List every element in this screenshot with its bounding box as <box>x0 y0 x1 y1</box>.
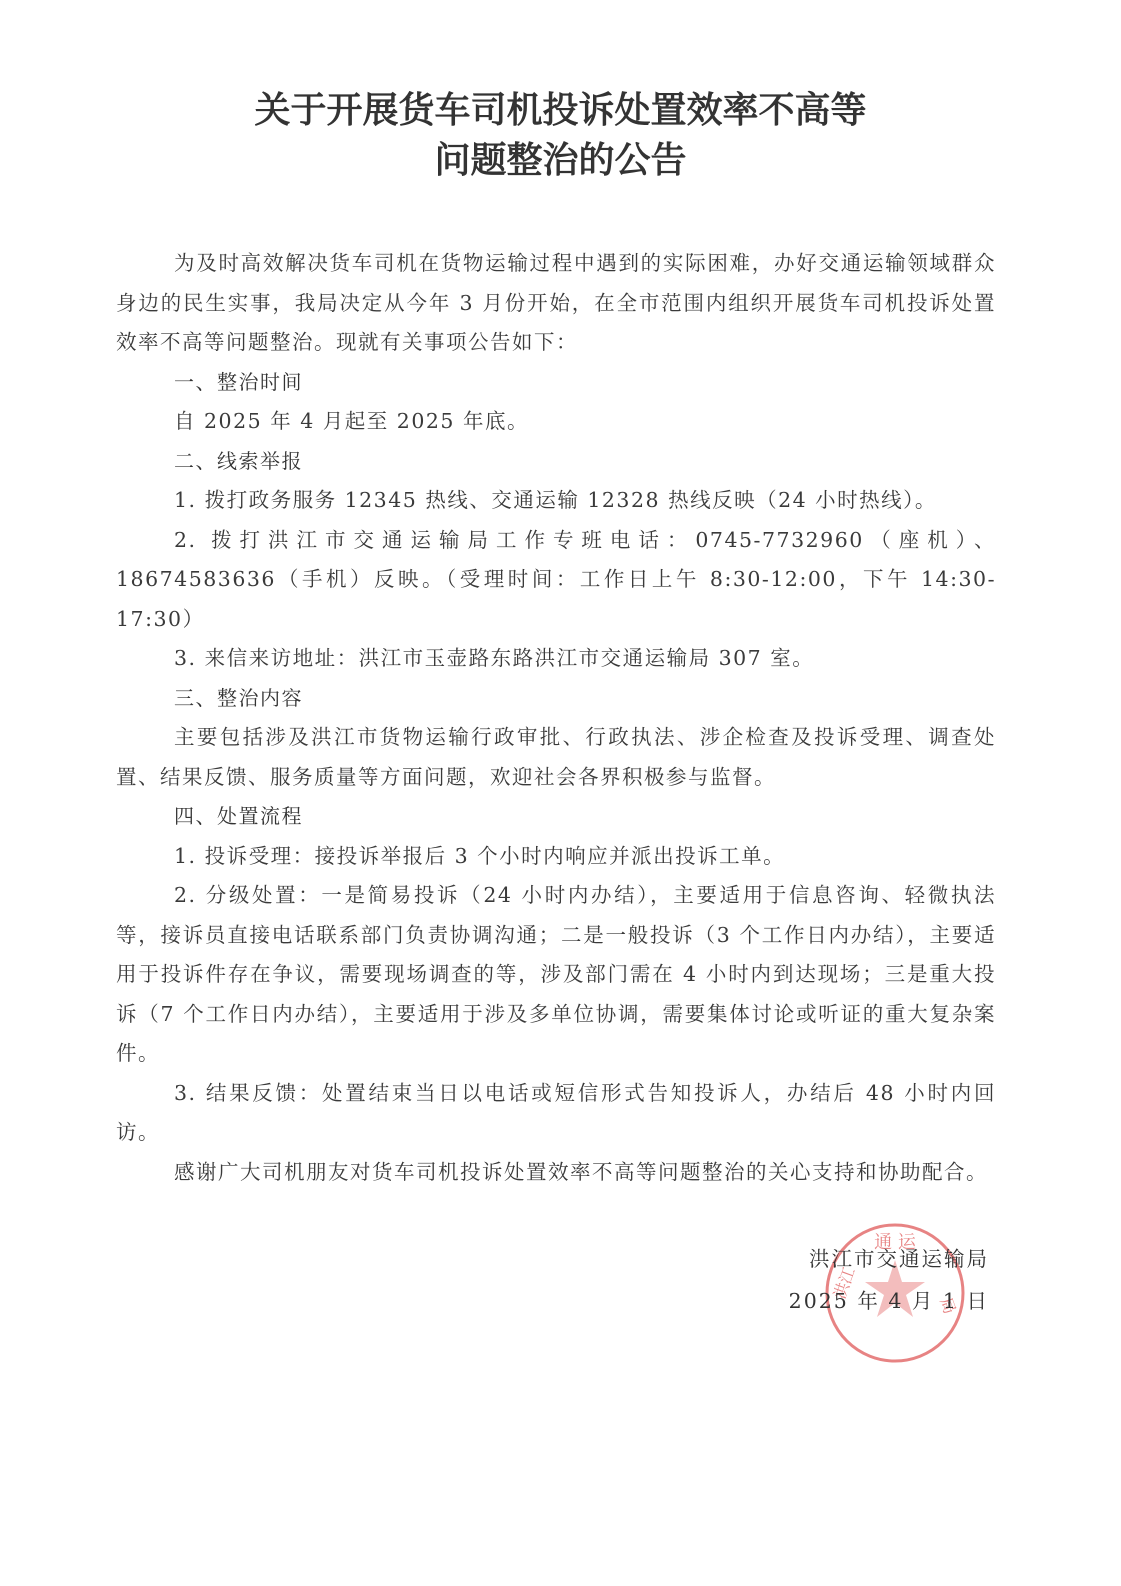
section-paragraph: 1. 拨打政务服务 12345 热线、交通运输 12328 热线反映（24 小时… <box>116 481 996 521</box>
closing-paragraph: 感谢广大司机朋友对货车司机投诉处置效率不高等问题整治的关心支持和协助配合。 <box>116 1153 996 1193</box>
section-paragraph: 2. 分级处置：一是简易投诉（24 小时内办结），主要适用于信息咨询、轻微执法等… <box>116 876 996 1074</box>
document-title-line-2: 问题整治的公告 <box>0 142 1121 178</box>
section-paragraph: 2. 拨打洪江市交通运输局工作专班电话：0745-7732960（座机）、186… <box>116 521 996 640</box>
section-heading-content: 三、整治内容 <box>116 679 996 719</box>
signature-organization: 洪江市交通运输局 <box>809 1242 989 1272</box>
section-paragraph: 3. 来信来访地址：洪江市玉壶路东路洪江市交通运输局 307 室。 <box>116 639 996 679</box>
document-page: 关于开展货车司机投诉处置效率不高等 问题整治的公告 为及时高效解决货车司机在货物… <box>0 0 1121 1586</box>
section-paragraph: 3. 结果反馈：处置结束当日以电话或短信形式告知投诉人，办结后 48 小时内回访… <box>116 1074 996 1153</box>
section-paragraph: 主要包括涉及洪江市货物运输行政审批、行政执法、涉企检查及投诉受理、调查处置、结果… <box>116 718 996 797</box>
section-paragraph: 自 2025 年 4 月起至 2025 年底。 <box>116 402 996 442</box>
section-heading-process: 四、处置流程 <box>116 797 996 837</box>
intro-paragraph: 为及时高效解决货车司机在货物运输过程中遇到的实际困难，办好交通运输领域群众身边的… <box>116 244 996 363</box>
document-title-line-1: 关于开展货车司机投诉处置效率不高等 <box>0 92 1121 128</box>
section-heading-report: 二、线索举报 <box>116 442 996 482</box>
section-heading-time: 一、整治时间 <box>116 363 996 403</box>
signature-date: 2025 年 4 月 1 日 <box>789 1284 989 1314</box>
document-body: 为及时高效解决货车司机在货物运输过程中遇到的实际困难，办好交通运输领域群众身边的… <box>116 244 996 1192</box>
section-paragraph: 1. 投诉受理：接投诉举报后 3 个小时内响应并派出投诉工单。 <box>116 837 996 877</box>
